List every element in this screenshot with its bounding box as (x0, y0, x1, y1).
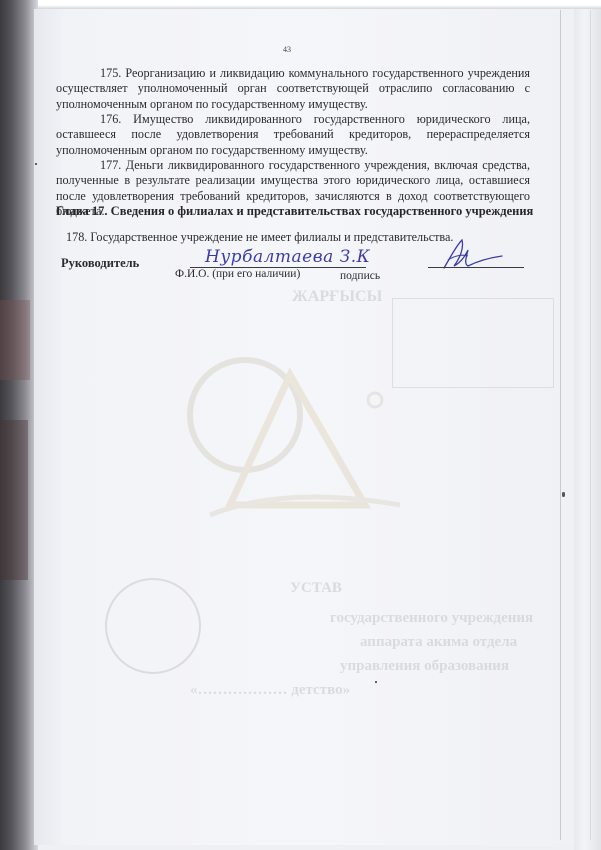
page-edge-line (590, 10, 591, 840)
scan-speck (375, 681, 377, 683)
scan-artifact (0, 420, 28, 580)
scan-artifact (0, 300, 30, 380)
chapter-title: Глава 17. Сведения о филиалах и представ… (56, 204, 533, 219)
page-edge-line (560, 10, 561, 840)
name-caption: Ф.И.О. (при его наличии) (175, 268, 300, 280)
paragraph-176: 176. Имущество ликвидированного государс… (56, 112, 530, 158)
paragraph-175: 175. Реорганизацию и ликвидацию коммунал… (56, 66, 530, 112)
stacked-pages-edge (574, 9, 601, 850)
paragraph-178: 178. Государственное учреждение не имеет… (66, 230, 453, 245)
signature-caption: подпись (340, 270, 380, 282)
signature-underline (428, 267, 524, 268)
bleed-through-line: «……………… детство» (190, 682, 350, 699)
paragraph-text: 175. Реорганизацию и ликвидацию коммунал… (56, 66, 530, 111)
bleed-through-ustav: УСТАВ (290, 580, 342, 597)
bleed-through-line: управления образования (340, 658, 509, 675)
paragraph-text: 176. Имущество ликвидированного государс… (56, 112, 530, 157)
bleed-through-title: ЖАРҒЫСЫ (292, 288, 382, 306)
scan-speck (35, 163, 37, 165)
handwritten-name: Нурбалтаева З.К (205, 247, 370, 267)
bleed-through-stamp (105, 578, 201, 674)
signatory-role-label: Руководитель (61, 256, 139, 271)
bleed-through-emblem-icon (150, 355, 420, 545)
bleed-through-line: аппарата акима отдела (360, 634, 517, 651)
scan-speck (562, 492, 565, 497)
bleed-through-line: государственного учреждения (330, 610, 533, 627)
scanner-shadow-left (0, 0, 38, 850)
page-number: 43 (283, 45, 291, 54)
